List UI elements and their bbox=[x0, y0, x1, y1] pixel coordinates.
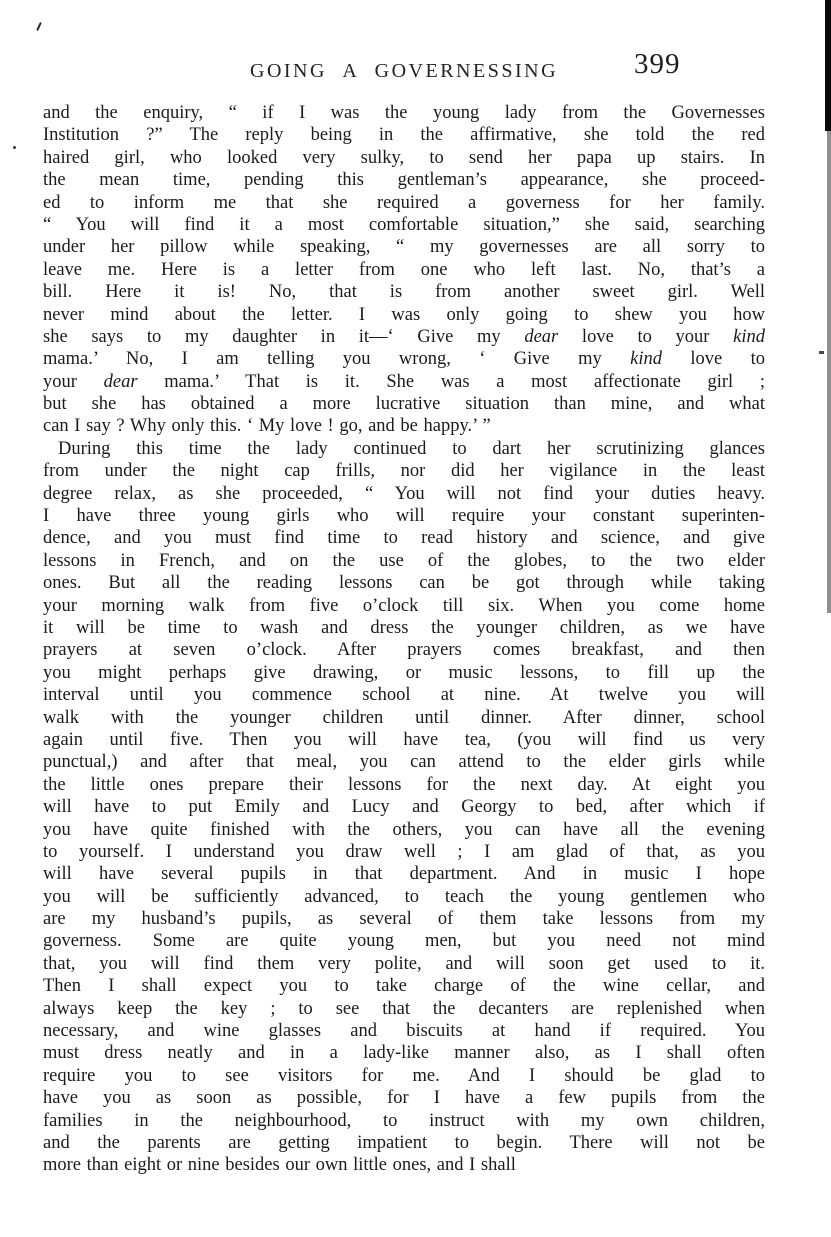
text-line: to yourself. I understand you draw well … bbox=[43, 841, 765, 863]
text-segment: lessons in French, and on the use of the… bbox=[43, 551, 765, 571]
italic-text-segment: dear bbox=[104, 372, 138, 392]
text-segment: can I say ? Why only this. ‘ My love ! g… bbox=[43, 416, 491, 436]
text-line: you have quite finished with the others,… bbox=[43, 819, 765, 841]
text-segment: haired girl, who looked very sulky, to s… bbox=[43, 148, 765, 168]
text-segment: degree relax, as she proceeded, “ You wi… bbox=[43, 484, 765, 504]
text-line: the mean time, pending this gentleman’s … bbox=[43, 169, 765, 191]
text-line: that, you will find them very polite, an… bbox=[43, 953, 765, 975]
scan-edge-bar-gray bbox=[827, 131, 831, 613]
text-segment: mama.’ That is it. She was a most affect… bbox=[138, 372, 765, 392]
scanned-book-page: GOING A GOVERNESSING 399 and the enquiry… bbox=[0, 0, 831, 1237]
text-segment: have you as soon as possible, for I have… bbox=[43, 1088, 765, 1108]
text-segment: to yourself. I understand you draw well … bbox=[43, 842, 765, 862]
text-line: require you to see visitors for me. And … bbox=[43, 1065, 765, 1087]
text-line: Then I shall expect you to take charge o… bbox=[43, 975, 765, 997]
text-line: governess. Some are quite young men, but… bbox=[43, 930, 765, 952]
text-segment: are my husband’s pupils, as several of t… bbox=[43, 909, 765, 929]
text-segment: and the parents are getting impatient to… bbox=[43, 1133, 765, 1153]
text-line: degree relax, as she proceeded, “ You wi… bbox=[43, 483, 765, 505]
text-segment: more than eight or nine besides our own … bbox=[43, 1155, 516, 1175]
text-line: your morning walk from five o’clock till… bbox=[43, 595, 765, 617]
text-segment: she says to my daughter in it—‘ Give my bbox=[43, 327, 524, 347]
text-segment: require you to see visitors for me. And … bbox=[43, 1066, 765, 1086]
text-line: and the enquiry, “ if I was the young la… bbox=[43, 102, 765, 124]
text-line: and the parents are getting impatient to… bbox=[43, 1132, 765, 1154]
text-line: necessary, and wine glasses and biscuits… bbox=[43, 1020, 765, 1042]
text-segment: Then I shall expect you to take charge o… bbox=[43, 976, 765, 996]
text-segment: I have three young girls who will requir… bbox=[43, 506, 765, 526]
text-line: again until five. Then you will have tea… bbox=[43, 729, 765, 751]
text-segment: that, you will find them very polite, an… bbox=[43, 954, 765, 974]
text-line: During this time the lady continued to d… bbox=[43, 438, 765, 460]
text-segment: ed to inform me that she required a gove… bbox=[43, 193, 765, 213]
scan-artifact-mark bbox=[36, 22, 42, 31]
text-line: mama.’ No, I am telling you wrong, ‘ Giv… bbox=[43, 348, 765, 370]
text-line: will have to put Emily and Lucy and Geor… bbox=[43, 796, 765, 818]
text-line: ones. But all the reading lessons can be… bbox=[43, 572, 765, 594]
text-line: under her pillow while speaking, “ my go… bbox=[43, 236, 765, 258]
text-segment: will have to put Emily and Lucy and Geor… bbox=[43, 797, 765, 817]
text-segment: punctual,) and after that meal, you can … bbox=[43, 752, 765, 772]
text-line: must dress neatly and in a lady-like man… bbox=[43, 1042, 765, 1064]
text-line: prayers at seven o’clock. After prayers … bbox=[43, 639, 765, 661]
text-segment: love to bbox=[662, 349, 765, 369]
text-line: bill. Here it is! No, that is from anoth… bbox=[43, 281, 765, 303]
italic-text-segment: kind bbox=[630, 349, 662, 369]
text-line: your dear mama.’ That is it. She was a m… bbox=[43, 371, 765, 393]
text-segment: always keep the key ; to see that the de… bbox=[43, 999, 765, 1019]
text-line: can I say ? Why only this. ‘ My love ! g… bbox=[43, 415, 765, 437]
italic-text-segment: dear bbox=[524, 327, 558, 347]
text-line: she says to my daughter in it—‘ Give my … bbox=[43, 326, 765, 348]
text-segment: ones. But all the reading lessons can be… bbox=[43, 573, 765, 593]
body-text: and the enquiry, “ if I was the young la… bbox=[43, 102, 765, 1177]
text-segment: Institution ?” The reply being in the af… bbox=[43, 125, 765, 145]
text-segment: will have several pupils in that departm… bbox=[43, 864, 765, 884]
text-segment: “ You will find it a most comfortable si… bbox=[43, 215, 765, 235]
text-segment: and the enquiry, “ if I was the young la… bbox=[43, 103, 765, 123]
text-line: you will be sufficiently advanced, to te… bbox=[43, 886, 765, 908]
text-line: always keep the key ; to see that the de… bbox=[43, 998, 765, 1020]
text-segment: again until five. Then you will have tea… bbox=[43, 730, 765, 750]
text-line: haired girl, who looked very sulky, to s… bbox=[43, 147, 765, 169]
text-line: Institution ?” The reply being in the af… bbox=[43, 124, 765, 146]
scan-artifact-speck bbox=[819, 351, 824, 354]
text-line: dence, and you must find time to read hi… bbox=[43, 527, 765, 549]
text-segment: walk with the younger children until din… bbox=[43, 708, 765, 728]
text-line: the little ones prepare their lessons fo… bbox=[43, 774, 765, 796]
text-line: ed to inform me that she required a gove… bbox=[43, 192, 765, 214]
text-line: it will be time to wash and dress the yo… bbox=[43, 617, 765, 639]
italic-text-segment: kind bbox=[733, 327, 765, 347]
text-segment: prayers at seven o’clock. After prayers … bbox=[43, 640, 765, 660]
text-line: but she has obtained a more lucrative si… bbox=[43, 393, 765, 415]
text-segment: dence, and you must find time to read hi… bbox=[43, 528, 765, 548]
text-segment: but she has obtained a more lucrative si… bbox=[43, 394, 765, 414]
text-segment: necessary, and wine glasses and biscuits… bbox=[43, 1021, 765, 1041]
text-line: never mind about the letter. I was only … bbox=[43, 304, 765, 326]
text-segment: love to your bbox=[558, 327, 733, 347]
text-segment: the little ones prepare their lessons fo… bbox=[43, 775, 765, 795]
text-line: have you as soon as possible, for I have… bbox=[43, 1087, 765, 1109]
running-title: GOING A GOVERNESSING bbox=[250, 60, 558, 83]
text-line: are my husband’s pupils, as several of t… bbox=[43, 908, 765, 930]
scan-edge-bar-black bbox=[825, 0, 831, 131]
text-line: you might perhaps give drawing, or music… bbox=[43, 662, 765, 684]
text-line: more than eight or nine besides our own … bbox=[43, 1154, 765, 1176]
text-segment: you have quite finished with the others,… bbox=[43, 820, 765, 840]
text-line: lessons in French, and on the use of the… bbox=[43, 550, 765, 572]
text-segment: under her pillow while speaking, “ my go… bbox=[43, 237, 765, 257]
text-line: from under the night cap frills, nor did… bbox=[43, 460, 765, 482]
text-line: families in the neighbourhood, to instru… bbox=[43, 1110, 765, 1132]
text-segment: it will be time to wash and dress the yo… bbox=[43, 618, 765, 638]
text-segment: bill. Here it is! No, that is from anoth… bbox=[43, 282, 765, 302]
text-segment: you might perhaps give drawing, or music… bbox=[43, 663, 765, 683]
text-segment: your morning walk from five o’clock till… bbox=[43, 596, 765, 616]
text-segment: the mean time, pending this gentleman’s … bbox=[43, 170, 765, 190]
text-segment: you will be sufficiently advanced, to te… bbox=[43, 887, 765, 907]
text-line: I have three young girls who will requir… bbox=[43, 505, 765, 527]
page-number: 399 bbox=[634, 48, 681, 81]
text-segment: During this time the lady continued to d… bbox=[58, 439, 765, 459]
text-segment: must dress neatly and in a lady-like man… bbox=[43, 1043, 765, 1063]
text-line: walk with the younger children until din… bbox=[43, 707, 765, 729]
text-line: punctual,) and after that meal, you can … bbox=[43, 751, 765, 773]
text-line: interval until you commence school at ni… bbox=[43, 684, 765, 706]
text-segment: governess. Some are quite young men, but… bbox=[43, 931, 765, 951]
text-segment: leave me. Here is a letter from one who … bbox=[43, 260, 765, 280]
text-segment: never mind about the letter. I was only … bbox=[43, 305, 765, 325]
text-line: “ You will find it a most comfortable si… bbox=[43, 214, 765, 236]
text-segment: interval until you commence school at ni… bbox=[43, 685, 765, 705]
text-line: leave me. Here is a letter from one who … bbox=[43, 259, 765, 281]
text-segment: your bbox=[43, 372, 104, 392]
text-segment: families in the neighbourhood, to instru… bbox=[43, 1111, 765, 1131]
text-line: will have several pupils in that departm… bbox=[43, 863, 765, 885]
text-segment: from under the night cap frills, nor did… bbox=[43, 461, 765, 481]
scan-artifact-dot bbox=[13, 146, 16, 149]
text-segment: mama.’ No, I am telling you wrong, ‘ Giv… bbox=[43, 349, 630, 369]
